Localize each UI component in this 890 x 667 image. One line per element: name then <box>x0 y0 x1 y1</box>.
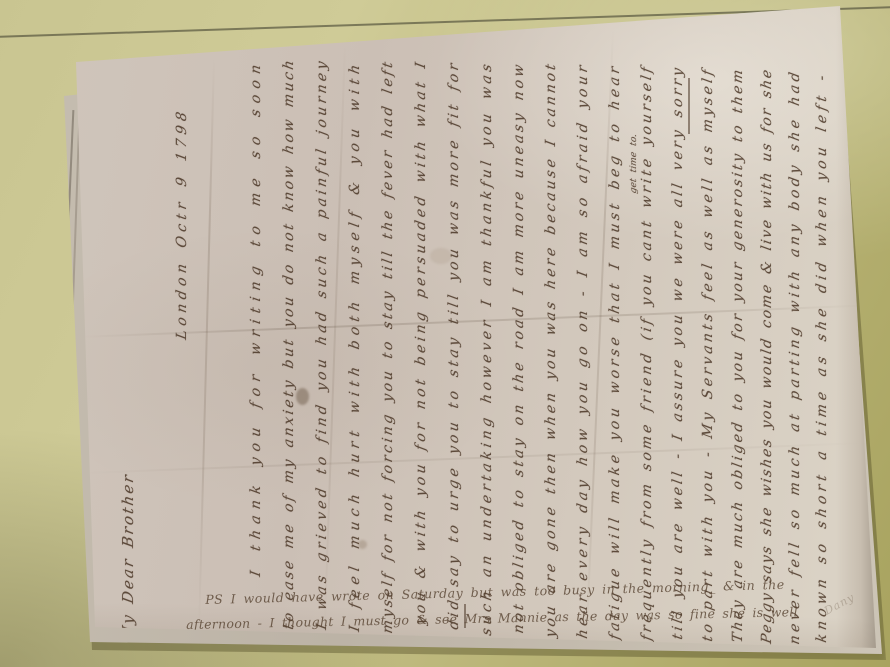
letter-line-text: never fell so much at parting with any b… <box>787 68 803 646</box>
letter-line: Peggy says she wishes you would come & l… <box>759 67 776 645</box>
ink-underline-mark <box>688 78 690 134</box>
handwriting-layer: My Dear BrotherLondon Octr 9 1798get tim… <box>0 0 890 667</box>
letter-line-text: frequently from some friend (if you cant… <box>639 63 655 642</box>
letter-line-text: you & with you for not being persuaded w… <box>413 58 429 626</box>
ink-underline-mark <box>464 604 466 628</box>
letter-line-text: hear every day how you go on - I am so a… <box>575 61 591 640</box>
letter-line-text: not obliged to stay on the road I am mor… <box>511 60 527 634</box>
letter-line-text: Peggy says she wishes you would come & l… <box>759 67 775 645</box>
date-line: London Octr 9 1798 <box>174 106 191 341</box>
letter-line: till you are well - I assure you we were… <box>670 64 687 641</box>
letter-line-text: you are gone then when you was here beca… <box>543 60 559 639</box>
ink-stain <box>296 388 309 405</box>
letter-line-text: did say to urge you to stay till you was… <box>446 59 462 631</box>
ink-stain <box>430 248 452 264</box>
letter-line: you & with you for not being persuaded w… <box>413 58 430 626</box>
letter-line-text: I thank you for writing to me so soon <box>248 57 264 578</box>
letter-line: known so short a time as she did when yo… <box>814 70 831 644</box>
sheet-edge-line <box>64 110 75 310</box>
letter-line: hear every day how you go on - I am so a… <box>575 61 592 640</box>
letter-line: did say to urge you to stay till you was… <box>446 59 463 631</box>
letter-line: myself for not forcing you to stay till … <box>380 58 397 635</box>
letter-line: I was grieved to find you had such a pai… <box>314 57 331 631</box>
letter-line-text: myself for not forcing you to stay till … <box>380 58 396 635</box>
letter-line-text: They are much obliged to you for your ge… <box>730 66 746 644</box>
letter-line-text: till you are well - I assure you we were… <box>670 64 686 641</box>
interline-insert-text: get time to. <box>629 133 639 194</box>
letter-line: I thank you for writing to me so soon <box>248 57 265 578</box>
letter-line: not obliged to stay on the road I am mor… <box>511 60 528 635</box>
letter-line: They are much obliged to you for your ge… <box>730 66 747 644</box>
letter-line-text: I was grieved to find you had such a pai… <box>314 57 330 631</box>
salutation-line: My Dear Brother <box>120 472 137 643</box>
letter-paper: My Dear BrotherLondon Octr 9 1798get tim… <box>0 0 890 667</box>
letter-line: to part with you - My Servants feel as w… <box>700 65 717 643</box>
letter-line: such an undertaking however I am thankfu… <box>479 59 496 637</box>
date-line-text: London Octr 9 1798 <box>174 106 190 341</box>
salutation-line-text: My Dear Brother <box>119 471 137 643</box>
letter-line: fatigue will make you worse that I must … <box>607 62 624 641</box>
ink-stain <box>358 540 367 549</box>
photo-of-letter: My Dear BrotherLondon Octr 9 1798get tim… <box>0 0 890 667</box>
letter-line-text: to part with you - My Servants feel as w… <box>700 65 716 642</box>
letter-line: frequently from some friend (if you cant… <box>639 63 656 642</box>
letter-line: never fell so much at parting with any b… <box>787 68 804 646</box>
letter-line-text: such an undertaking however I am thankfu… <box>479 59 495 637</box>
letter-line: to ease me of my anxiety but you do not … <box>281 57 298 631</box>
letter-line-text: known so short a time as she did when yo… <box>814 70 830 644</box>
letter-line: you are gone then when you was here beca… <box>543 60 560 639</box>
letter-line-text: fatigue will make you worse that I must … <box>607 62 623 641</box>
letter-line-text: to ease me of my anxiety but you do not … <box>281 57 297 631</box>
